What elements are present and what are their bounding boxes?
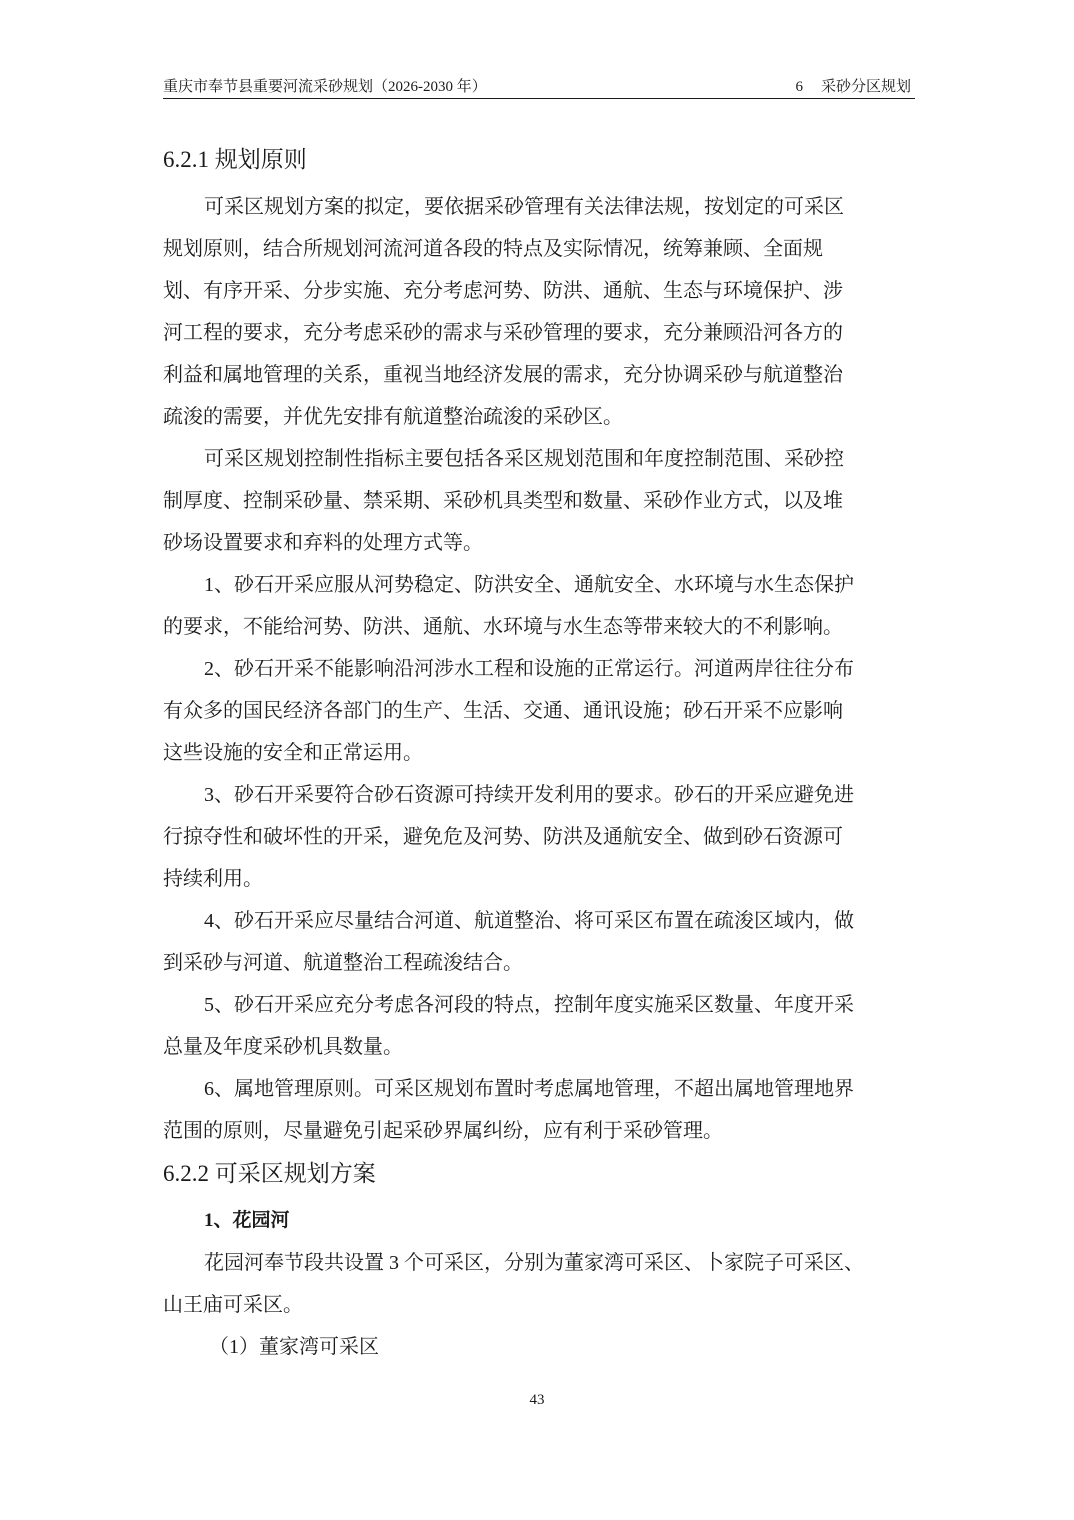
header-chapter-number: 6 (795, 79, 803, 95)
principle-2: 2、砂石开采不能影响沿河涉水工程和设施的正常运行。河道两岸往往分布 有众多的国民… (163, 648, 915, 774)
principle-6: 6、属地管理原则。可采区规划布置时考虑属地管理，不超出属地管理地界 范围的原则，… (163, 1068, 915, 1152)
text-line: 利益和属地管理的关系，重视当地经济发展的需求，充分协调采砂与航道整治 (163, 354, 915, 396)
text-line: 疏浚的需要，并优先安排有航道整治疏浚的采砂区。 (163, 396, 915, 438)
text-line: 6、属地管理原则。可采区规划布置时考虑属地管理，不超出属地管理地界 (163, 1068, 915, 1110)
paragraph-intro: 可采区规划方案的拟定，要依据采砂管理有关法律法规，按划定的可采区 规划原则，结合… (163, 186, 915, 438)
principle-3: 3、砂石开采要符合砂石资源可持续开发利用的要求。砂石的开采应避免进 行掠夺性和破… (163, 774, 915, 900)
text-line: 4、砂石开采应尽量结合河道、航道整治、将可采区布置在疏浚区域内，做 (163, 900, 915, 942)
item-dongjiawan-mining-area: （1）董家湾可采区 (163, 1326, 915, 1368)
paragraph-huayuan-river: 花园河奉节段共设置 3 个可采区，分别为董家湾可采区、卜家院子可采区、 山王庙可… (163, 1242, 915, 1326)
header-chapter: 6采砂分区规划 (795, 76, 911, 98)
text-line: 山王庙可采区。 (163, 1284, 915, 1326)
paragraph-control-indicators: 可采区规划控制性指标主要包括各采区规划范围和年度控制范围、采砂控 制厚度、控制采… (163, 438, 915, 564)
text-line: 到采砂与河道、航道整治工程疏浚结合。 (163, 942, 915, 984)
header-divider (163, 98, 915, 99)
text-line: 2、砂石开采不能影响沿河涉水工程和设施的正常运行。河道两岸往往分布 (163, 648, 915, 690)
text-line: 的要求，不能给河势、防洪、通航、水环境与水生态等带来较大的不利影响。 (163, 606, 915, 648)
section-heading-6-2-2: 6.2.2 可采区规划方案 (163, 1154, 915, 1194)
text-line: 河工程的要求，充分考虑采砂的需求与采砂管理的要求，充分兼顾沿河各方的 (163, 312, 915, 354)
principle-5: 5、砂石开采应充分考虑各河段的特点，控制年度实施采区数量、年度开采 总量及年度采… (163, 984, 915, 1068)
text-line: 行掠夺性和破坏性的开采，避免危及河势、防洪及通航安全、做到砂石资源可 (163, 816, 915, 858)
principle-1: 1、砂石开采应服从河势稳定、防洪安全、通航安全、水环境与水生态保护 的要求，不能… (163, 564, 915, 648)
header-chapter-title: 采砂分区规划 (821, 79, 911, 95)
principle-4: 4、砂石开采应尽量结合河道、航道整治、将可采区布置在疏浚区域内，做 到采砂与河道… (163, 900, 915, 984)
text-line: 制厚度、控制采砂量、禁采期、采砂机具类型和数量、采砂作业方式，以及堆 (163, 480, 915, 522)
text-line: 持续利用。 (163, 858, 915, 900)
text-line: 砂场设置要求和弃料的处理方式等。 (163, 522, 915, 564)
text-line: 5、砂石开采应充分考虑各河段的特点，控制年度实施采区数量、年度开采 (163, 984, 915, 1026)
document-page: 重庆市奉节县重要河流采砂规划（2026-2030 年） 6采砂分区规划 6.2.… (0, 0, 1074, 1520)
text-line: 1、砂石开采应服从河势稳定、防洪安全、通航安全、水环境与水生态保护 (163, 564, 915, 606)
text-line: 可采区规划方案的拟定，要依据采砂管理有关法律法规，按划定的可采区 (163, 186, 915, 228)
text-line: 花园河奉节段共设置 3 个可采区，分别为董家湾可采区、卜家院子可采区、 (163, 1242, 915, 1284)
section-heading-6-2-1: 6.2.1 规划原则 (163, 140, 915, 180)
text-line: 规划原则，结合所规划河流河道各段的特点及实际情况，统筹兼顾、全面规 (163, 228, 915, 270)
text-line: 有众多的国民经济各部门的生产、生活、交通、通讯设施；砂石开采不应影响 (163, 690, 915, 732)
running-header: 重庆市奉节县重要河流采砂规划（2026-2030 年） 6采砂分区规划 (163, 74, 915, 98)
text-line: 划、有序开采、分步实施、充分考虑河势、防洪、通航、生态与环境保护、涉 (163, 270, 915, 312)
header-document-title: 重庆市奉节县重要河流采砂规划（2026-2030 年） (163, 76, 487, 98)
subheading-huayuan-river: 1、花园河 (163, 1200, 915, 1242)
text-line: 可采区规划控制性指标主要包括各采区规划范围和年度控制范围、采砂控 (163, 438, 915, 480)
text-line: 这些设施的安全和正常运用。 (163, 732, 915, 774)
text-line: 总量及年度采砂机具数量。 (163, 1026, 915, 1068)
page-number: 43 (0, 1390, 1074, 1410)
text-line: 3、砂石开采要符合砂石资源可持续开发利用的要求。砂石的开采应避免进 (163, 774, 915, 816)
page-body: 6.2.1 规划原则 可采区规划方案的拟定，要依据采砂管理有关法律法规，按划定的… (163, 140, 915, 1368)
text-line: 范围的原则，尽量避免引起采砂界属纠纷，应有利于采砂管理。 (163, 1110, 915, 1152)
